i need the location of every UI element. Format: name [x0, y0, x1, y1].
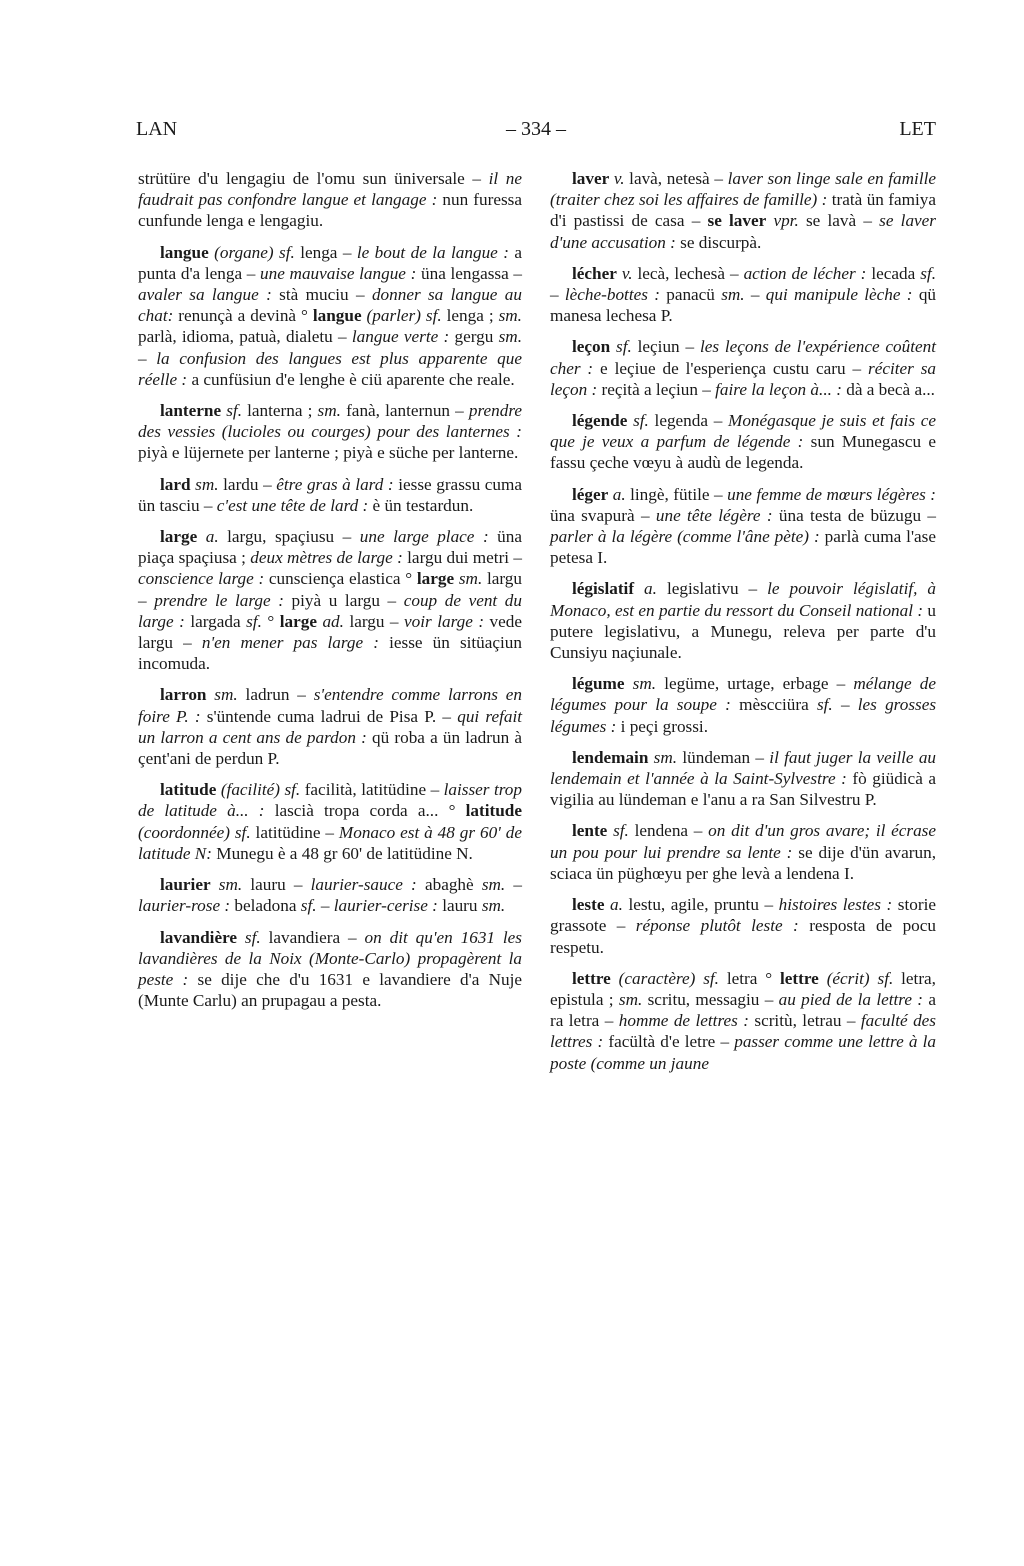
headword: langue	[160, 243, 209, 262]
french-phrase: sm.	[499, 327, 522, 346]
french-phrase: une femme de mœurs légères :	[727, 485, 936, 504]
dictionary-entry-lanterne: lanterne sf. lanterna ; sm. fanà, lanter…	[138, 400, 522, 464]
monegasque-text: lanterna ;	[242, 401, 318, 420]
french-phrase: une large place :	[360, 527, 489, 546]
monegasque-text: abaghè	[417, 875, 482, 894]
monegasque-text: –	[317, 896, 334, 915]
monegasque-text: largada	[185, 612, 246, 631]
french-phrase: sf.	[221, 401, 242, 420]
dictionary-entry-larron: larron sm. ladrun – s'entendre comme lar…	[138, 684, 522, 769]
monegasque-text: lavandiera –	[261, 928, 365, 947]
monegasque-text: –	[745, 285, 766, 304]
french-phrase: sf.	[246, 612, 262, 631]
dictionary-entry-large: large a. largu, spaçiusu – une large pla…	[138, 526, 522, 674]
french-phrase: histoires lestes :	[779, 895, 893, 914]
french-phrase: une mauvaise langue :	[260, 264, 416, 283]
monegasque-text: scritu, messagiu –	[642, 990, 778, 1009]
right-guide-word: LET	[899, 118, 936, 141]
monegasque-text: piyà u largu –	[284, 591, 404, 610]
monegasque-text: cunsciença elastica °	[264, 569, 417, 588]
dictionary-entry-leste: leste a. lestu, agile, pruntu – histoire…	[550, 894, 936, 958]
french-phrase: sf.	[817, 695, 833, 714]
monegasque-text: stà muciu –	[272, 285, 372, 304]
dictionary-entry-lendemain: lendemain sm. lündeman – il faut juger l…	[550, 747, 936, 811]
french-phrase: (coordonnée) sf.	[138, 823, 251, 842]
left-column: strütüre d'u lengagiu de l'omu sun ünive…	[138, 168, 522, 1021]
french-phrase: v.	[609, 169, 624, 188]
dictionary-entry-législatif: législatif a. legislativu – le pouvoir l…	[550, 578, 936, 663]
headword: lettre	[572, 969, 611, 988]
dictionary-entry-lard: lard sm. lardu – être gras à lard : iess…	[138, 474, 522, 516]
dictionary-entry-lente: lente sf. lendena – on dit d'un gros ava…	[550, 820, 936, 884]
dictionary-entry-laver: laver v. lavà, netesà – laver son linge …	[550, 168, 936, 253]
french-phrase: sf.	[920, 264, 936, 283]
french-phrase: sm.	[648, 748, 677, 767]
monegasque-text: ladrun –	[238, 685, 314, 704]
monegasque-text: gergu	[449, 327, 498, 346]
monegasque-text: lardu –	[219, 475, 277, 494]
french-phrase: (organe) sf.	[209, 243, 295, 262]
french-phrase: sm.	[721, 285, 744, 304]
french-phrase: sm.	[211, 875, 243, 894]
monegasque-text: lavà, netesà –	[625, 169, 728, 188]
monegasque-text: °	[262, 612, 280, 631]
headword: légende	[572, 411, 627, 430]
monegasque-text: i peçi grossi.	[616, 717, 708, 736]
headword: laver	[572, 169, 609, 188]
headword: se laver	[708, 211, 767, 230]
dictionary-entry-langue: langue (organe) sf. lenga – le bout de l…	[138, 242, 522, 390]
headword: lard	[160, 475, 191, 494]
monegasque-text: lauru	[438, 896, 482, 915]
french-phrase: faire la leçon à... :	[715, 380, 842, 399]
french-phrase: parler à la légère (comme l'âne pète) :	[550, 527, 820, 546]
headword: leste	[572, 895, 604, 914]
french-phrase: qui manipule lèche :	[766, 285, 913, 304]
monegasque-text: –	[138, 349, 156, 368]
french-phrase: laurier-rose :	[138, 896, 230, 915]
french-phrase: laurier-cerise :	[334, 896, 438, 915]
headword: lente	[572, 821, 607, 840]
french-phrase: a.	[608, 485, 625, 504]
monegasque-text: lestu, agile, pruntu –	[623, 895, 779, 914]
monegasque-text: lenga ;	[442, 306, 499, 325]
french-phrase: n'en mener pas large :	[202, 633, 379, 652]
headword: législatif	[572, 579, 634, 598]
french-phrase: a.	[634, 579, 657, 598]
french-phrase: langue verte :	[352, 327, 449, 346]
french-phrase: vpr.	[766, 211, 799, 230]
headword: large	[160, 527, 197, 546]
page-number: – 334 –	[136, 118, 936, 141]
french-phrase: sm.	[454, 569, 482, 588]
monegasque-text: se lavà –	[799, 211, 879, 230]
monegasque-text: lenga –	[295, 243, 357, 262]
monegasque-text: legüme, urtage, erbage –	[656, 674, 853, 693]
headword: lanterne	[160, 401, 221, 420]
french-phrase: prendre le large :	[154, 591, 284, 610]
french-phrase: ad.	[317, 612, 344, 631]
monegasque-text: se dije che d'u 1631 e lavandiere d'a Nu…	[138, 970, 522, 1010]
french-phrase: a.	[197, 527, 218, 546]
french-phrase: sf.	[627, 411, 648, 430]
monegasque-text: parlà, idioma, patuà, dialetu –	[138, 327, 352, 346]
monegasque-text: legenda –	[649, 411, 728, 430]
monegasque-text: –	[833, 695, 858, 714]
french-phrase: action de lécher :	[744, 264, 867, 283]
french-phrase: être gras à lard :	[276, 475, 393, 494]
headword: langue	[313, 306, 362, 325]
monegasque-text: lauru –	[242, 875, 310, 894]
french-phrase: une tête légère :	[656, 506, 773, 525]
monegasque-text: Munegu è a 48 gr 60' de latitüdine N.	[212, 844, 473, 863]
monegasque-text: beladona	[230, 896, 301, 915]
monegasque-text: panacü	[660, 285, 721, 304]
headword: laurier	[160, 875, 211, 894]
monegasque-text: lecada	[866, 264, 920, 283]
french-phrase: homme de lettres :	[619, 1011, 749, 1030]
monegasque-text: facültà d'e letre –	[603, 1032, 734, 1051]
headword: lavandière	[160, 928, 237, 947]
headword: latitude	[466, 801, 522, 820]
monegasque-text: strütüre d'u lengagiu de l'omu sun ünive…	[138, 169, 489, 188]
monegasque-text: üna lengassa –	[416, 264, 522, 283]
french-phrase: sm.	[619, 990, 642, 1009]
headword: légume	[572, 674, 625, 693]
monegasque-text: è ün testardun.	[368, 496, 473, 515]
french-phrase: lèche-bottes :	[565, 285, 660, 304]
monegasque-text: fanà, lanternun –	[341, 401, 469, 420]
dictionary-entry-légende: légende sf. legenda – Monégasque je suis…	[550, 410, 936, 474]
headword: lécher	[572, 264, 617, 283]
headword: lettre	[780, 969, 819, 988]
french-phrase: sf.	[237, 928, 261, 947]
monegasque-text: largu, spaçiusu –	[219, 527, 360, 546]
french-phrase: sm.	[318, 401, 341, 420]
french-phrase: sm.	[191, 475, 219, 494]
monegasque-text: lecà, lechesà –	[633, 264, 744, 283]
dictionary-entry-léger: léger a. lingè, fütile – une femme de mœ…	[550, 484, 936, 569]
monegasque-text: üna svapurà –	[550, 506, 656, 525]
french-phrase: (caractère) sf.	[611, 969, 719, 988]
french-phrase: sm.	[206, 685, 237, 704]
french-phrase: sf.	[607, 821, 629, 840]
french-phrase: voir large :	[404, 612, 484, 631]
monegasque-text: mèscciüra	[731, 695, 817, 714]
french-phrase: a.	[604, 895, 622, 914]
headword: larron	[160, 685, 206, 704]
french-phrase: sf.	[301, 896, 317, 915]
french-phrase: (facilité) sf.	[216, 780, 300, 799]
french-phrase: sm.	[482, 896, 505, 915]
french-phrase: laurier-sauce :	[311, 875, 417, 894]
french-phrase: sm.	[482, 875, 505, 894]
monegasque-text: e leçiue de l'esperiença custu caru –	[593, 359, 868, 378]
headword: lendemain	[572, 748, 648, 767]
monegasque-text: renunçà a devinà °	[173, 306, 313, 325]
dictionary-entry-lavandière: lavandière sf. lavandiera – on dit qu'en…	[138, 927, 522, 1012]
monegasque-text: a cunfüsiun d'e lenghe è ciü aparente ch…	[187, 370, 515, 389]
monegasque-text: legislativu –	[657, 579, 767, 598]
french-phrase: au pied de la lettre :	[779, 990, 923, 1009]
headword: leçon	[572, 337, 610, 356]
dictionary-entry-leçon: leçon sf. leçiun – les leçons de l'expér…	[550, 336, 936, 400]
monegasque-text: lascià tropa corda a... °	[265, 801, 466, 820]
headword: latitude	[160, 780, 216, 799]
monegasque-text: piyà e lüjernete per lanterne ; piyà e s…	[138, 443, 518, 462]
headword: léger	[572, 485, 608, 504]
monegasque-text: se discurpà.	[676, 233, 761, 252]
french-phrase: (parler) sf.	[362, 306, 442, 325]
monegasque-text: reçità a leçiun –	[597, 380, 715, 399]
monegasque-text: üna testa de büzugu –	[773, 506, 936, 525]
french-phrase: réponse plutôt leste :	[636, 916, 799, 935]
page-header: LAN – 334 – LET	[136, 118, 936, 148]
french-phrase: (écrit) sf.	[819, 969, 893, 988]
dictionary-entry-laurier: laurier sm. lauru – laurier-sauce : abag…	[138, 874, 522, 916]
headword: large	[280, 612, 317, 631]
monegasque-text: facilità, latitüdine –	[300, 780, 443, 799]
right-column: laver v. lavà, netesà – laver son linge …	[550, 168, 936, 1084]
french-phrase: conscience large :	[138, 569, 264, 588]
monegasque-text: latitüdine –	[251, 823, 339, 842]
dictionary-entry-latitude: latitude (facilité) sf. facilità, latitü…	[138, 779, 522, 864]
french-phrase: avaler sa langue :	[138, 285, 272, 304]
dictionary-entry-lettre: lettre (caractère) sf. letra ° lettre (é…	[550, 968, 936, 1074]
french-phrase: deux mètres de large :	[250, 548, 403, 567]
french-phrase: sf.	[610, 337, 632, 356]
monegasque-text: leçiun –	[632, 337, 700, 356]
monegasque-text: largu dui metri –	[403, 548, 522, 567]
french-phrase: le bout de la langue :	[357, 243, 509, 262]
monegasque-text: lündeman –	[677, 748, 769, 767]
french-phrase: sm.	[625, 674, 657, 693]
monegasque-text: s'üntende cuma ladrui de Pisa P. –	[201, 707, 458, 726]
monegasque-text: lingè, fütile –	[626, 485, 727, 504]
monegasque-text: dà a becà a...	[842, 380, 935, 399]
dictionary-entry-légume: légume sm. legüme, urtage, erbage – méla…	[550, 673, 936, 737]
headword: large	[417, 569, 454, 588]
dictionary-entry-lécher: lécher v. lecà, lechesà – action de léch…	[550, 263, 936, 327]
monegasque-text: scritù, letrau –	[749, 1011, 861, 1030]
french-phrase: c'est une tête de lard :	[217, 496, 368, 515]
french-phrase: sm.	[499, 306, 522, 325]
monegasque-text: largu –	[344, 612, 404, 631]
french-phrase: v.	[617, 264, 633, 283]
monegasque-text: –	[505, 875, 522, 894]
monegasque-text: letra °	[719, 969, 780, 988]
dictionary-entry-continuation: strütüre d'u lengagiu de l'omu sun ünive…	[138, 168, 522, 232]
monegasque-text: lendena –	[629, 821, 708, 840]
monegasque-text: –	[550, 285, 565, 304]
